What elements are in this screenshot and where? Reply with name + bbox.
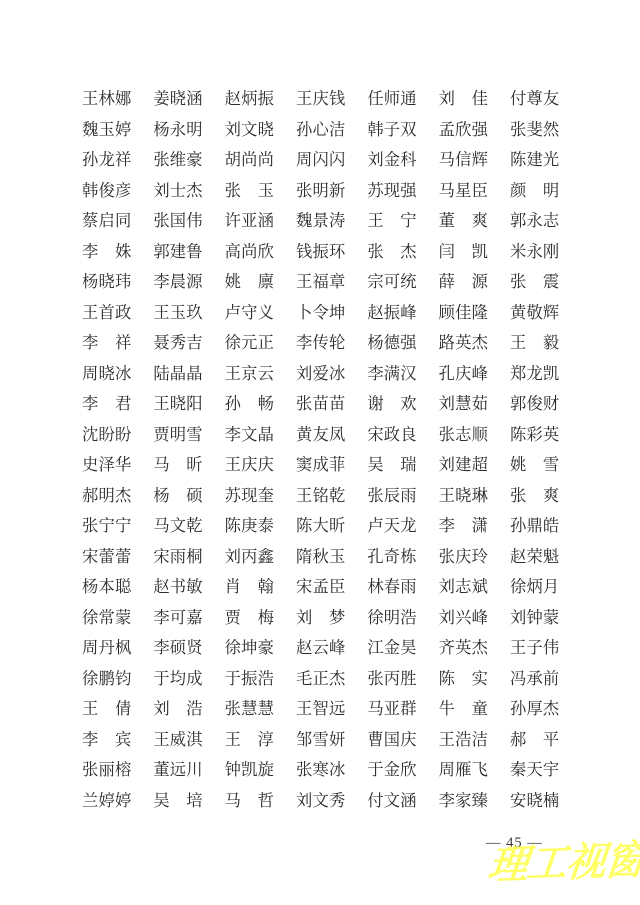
name-cell: 隋秋玉: [296, 549, 346, 565]
name-cell: 郝明杰: [82, 488, 132, 504]
name-cell: 刘 佳: [439, 91, 489, 107]
name-cell: 张明新: [296, 183, 346, 199]
name-cell: 赵炳振: [225, 91, 275, 107]
names-list: 王林娜姜晓涵赵炳振王庆钱任师通刘 佳付尊友魏玉婷杨永明刘文晓孙心洁韩子双孟欣强张…: [82, 84, 560, 816]
name-cell: 孙鼎皓: [510, 518, 560, 534]
name-cell: 宋雨桐: [153, 549, 203, 565]
name-cell: 张丙胜: [367, 671, 417, 687]
name-cell: 姜晓涵: [153, 91, 203, 107]
name-cell: 李 君: [82, 396, 132, 412]
name-cell: 杨晓玮: [82, 274, 132, 290]
name-cell: 马 昕: [153, 457, 203, 473]
name-cell: 宋政良: [367, 427, 417, 443]
name-cell: 赵振峰: [367, 305, 417, 321]
name-cell: 陈彩英: [510, 427, 560, 443]
name-cell: 王 淳: [225, 732, 275, 748]
name-cell: 周闪闪: [296, 152, 346, 168]
name-cell: 刘建超: [439, 457, 489, 473]
name-cell: 刘爱冰: [296, 366, 346, 382]
name-cell: 王庆庆: [225, 457, 275, 473]
name-cell: 王晓琳: [439, 488, 489, 504]
name-cell: 张庆玲: [439, 549, 489, 565]
name-cell: 周晓冰: [82, 366, 132, 382]
name-cell: 邹雪妍: [296, 732, 346, 748]
name-cell: 肖 翰: [225, 579, 275, 595]
name-cell: 杨德强: [367, 335, 417, 351]
name-cell: 付尊友: [510, 91, 560, 107]
name-cell: 宋孟臣: [296, 579, 346, 595]
name-cell: 徐坤豪: [225, 640, 275, 656]
name-cell: 孙心洁: [296, 122, 346, 138]
name-cell: 李 潇: [439, 518, 489, 534]
name-cell: 许亚涵: [225, 213, 275, 229]
name-cell: 徐明浩: [367, 610, 417, 626]
name-cell: 陈 实: [439, 671, 489, 687]
name-cell: 吴 瑞: [367, 457, 417, 473]
name-cell: 王玉玖: [153, 305, 203, 321]
name-cell: 马星臣: [439, 183, 489, 199]
name-cell: 张宁宁: [82, 518, 132, 534]
name-cell: 刘兴峰: [439, 610, 489, 626]
name-cell: 顾佳隆: [439, 305, 489, 321]
name-cell: 米永刚: [510, 244, 560, 260]
name-cell: 刘 浩: [153, 701, 203, 717]
name-cell: 赵云峰: [296, 640, 346, 656]
name-cell: 郑龙凯: [510, 366, 560, 382]
name-cell: 陈大昕: [296, 518, 346, 534]
name-cell: 兰婷婷: [82, 793, 132, 809]
name-cell: 王京云: [225, 366, 275, 382]
name-cell: 闫 凯: [439, 244, 489, 260]
name-cell: 于均成: [153, 671, 203, 687]
name-cell: 周丹枫: [82, 640, 132, 656]
name-cell: 牛 童: [439, 701, 489, 717]
name-cell: 李 祥: [82, 335, 132, 351]
name-cell: 冯承前: [510, 671, 560, 687]
name-cell: 张志顺: [439, 427, 489, 443]
name-cell: 郭俊财: [510, 396, 560, 412]
name-cell: 张苗苗: [296, 396, 346, 412]
name-cell: 郝 平: [510, 732, 560, 748]
name-cell: 李硕贤: [153, 640, 203, 656]
name-cell: 姚 雪: [510, 457, 560, 473]
name-cell: 宋蕾蕾: [82, 549, 132, 565]
name-cell: 刘钟蒙: [510, 610, 560, 626]
name-cell: 董远川: [153, 762, 203, 778]
watermark-logo: 理工视窗: [486, 840, 640, 886]
name-cell: 刘 梦: [296, 610, 346, 626]
name-cell: 王 宁: [367, 213, 417, 229]
name-cell: 卢守义: [225, 305, 275, 321]
name-cell: 沈盼盼: [82, 427, 132, 443]
name-cell: 张国伟: [153, 213, 203, 229]
name-cell: 孙龙祥: [82, 152, 132, 168]
name-cell: 高尚欣: [225, 244, 275, 260]
name-cell: 杨 硕: [153, 488, 203, 504]
name-cell: 董 爽: [439, 213, 489, 229]
name-cell: 胡尚尚: [225, 152, 275, 168]
name-cell: 薛 源: [439, 274, 489, 290]
name-cell: 刘金科: [367, 152, 417, 168]
name-cell: 于金欣: [367, 762, 417, 778]
name-cell: 李 姝: [82, 244, 132, 260]
name-cell: 王子伟: [510, 640, 560, 656]
name-cell: 杨永明: [153, 122, 203, 138]
name-cell: 马亚群: [367, 701, 417, 717]
name-cell: 聂秀吉: [153, 335, 203, 351]
name-cell: 王晓阳: [153, 396, 203, 412]
name-cell: 王林娜: [82, 91, 132, 107]
name-cell: 王 倩: [82, 701, 132, 717]
name-cell: 赵荣魁: [510, 549, 560, 565]
name-cell: 王铭乾: [296, 488, 346, 504]
name-cell: 于振浩: [225, 671, 275, 687]
name-cell: 付文涵: [367, 793, 417, 809]
name-cell: 卜令坤: [296, 305, 346, 321]
name-cell: 陆晶晶: [153, 366, 203, 382]
name-cell: 史泽华: [82, 457, 132, 473]
name-cell: 苏现奎: [225, 488, 275, 504]
name-cell: 李家臻: [439, 793, 489, 809]
name-cell: 王首政: [82, 305, 132, 321]
name-cell: 安晓楠: [510, 793, 560, 809]
name-cell: 李传轮: [296, 335, 346, 351]
name-cell: 苏现强: [367, 183, 417, 199]
name-cell: 张 玉: [225, 183, 275, 199]
name-cell: 张寒冰: [296, 762, 346, 778]
name-cell: 王威淇: [153, 732, 203, 748]
name-cell: 孟欣强: [439, 122, 489, 138]
name-cell: 毛正杰: [296, 671, 346, 687]
name-cell: 韩子双: [367, 122, 417, 138]
name-cell: 徐炳月: [510, 579, 560, 595]
name-cell: 王福章: [296, 274, 346, 290]
name-cell: 张辰雨: [367, 488, 417, 504]
name-cell: 谢 欢: [367, 396, 417, 412]
name-cell: 李可嘉: [153, 610, 203, 626]
name-cell: 陈庚泰: [225, 518, 275, 534]
name-cell: 孔奇栋: [367, 549, 417, 565]
name-cell: 张 杰: [367, 244, 417, 260]
name-cell: 林春雨: [367, 579, 417, 595]
name-cell: 齐英杰: [439, 640, 489, 656]
name-cell: 刘志斌: [439, 579, 489, 595]
name-cell: 张 爽: [510, 488, 560, 504]
name-cell: 钟凯旋: [225, 762, 275, 778]
document-page: 王林娜姜晓涵赵炳振王庆钱任师通刘 佳付尊友魏玉婷杨永明刘文晓孙心洁韩子双孟欣强张…: [0, 0, 640, 905]
name-cell: 徐常蒙: [82, 610, 132, 626]
name-cell: 王智远: [296, 701, 346, 717]
name-cell: 韩俊彦: [82, 183, 132, 199]
name-cell: 刘文秀: [296, 793, 346, 809]
name-cell: 陈建光: [510, 152, 560, 168]
name-cell: 李满汉: [367, 366, 417, 382]
name-cell: 江金昊: [367, 640, 417, 656]
name-cell: 周雁飞: [439, 762, 489, 778]
name-cell: 秦天宇: [510, 762, 560, 778]
name-cell: 马信辉: [439, 152, 489, 168]
name-cell: 马文乾: [153, 518, 203, 534]
name-cell: 卢天龙: [367, 518, 417, 534]
name-cell: 郭建鲁: [153, 244, 203, 260]
name-cell: 刘文晓: [225, 122, 275, 138]
name-cell: 王浩洁: [439, 732, 489, 748]
name-cell: 刘士杰: [153, 183, 203, 199]
name-cell: 路英杰: [439, 335, 489, 351]
name-cell: 杨本聪: [82, 579, 132, 595]
name-cell: 张 震: [510, 274, 560, 290]
name-cell: 钱振环: [296, 244, 346, 260]
name-cell: 刘丙鑫: [225, 549, 275, 565]
name-cell: 马 哲: [225, 793, 275, 809]
name-cell: 蔡启同: [82, 213, 132, 229]
name-cell: 徐鹏钧: [82, 671, 132, 687]
name-cell: 任师通: [367, 91, 417, 107]
name-cell: 王 毅: [510, 335, 560, 351]
name-cell: 孙 畅: [225, 396, 275, 412]
name-cell: 张斐然: [510, 122, 560, 138]
name-cell: 贾明雪: [153, 427, 203, 443]
name-cell: 姚 廪: [225, 274, 275, 290]
name-cell: 赵书敏: [153, 579, 203, 595]
name-cell: 贾 梅: [225, 610, 275, 626]
name-cell: 黄友凤: [296, 427, 346, 443]
name-cell: 曹国庆: [367, 732, 417, 748]
name-cell: 郭永志: [510, 213, 560, 229]
name-cell: 张慧慧: [225, 701, 275, 717]
name-cell: 魏玉婷: [82, 122, 132, 138]
name-cell: 宗可统: [367, 274, 417, 290]
name-cell: 吴 培: [153, 793, 203, 809]
name-cell: 李晨源: [153, 274, 203, 290]
name-cell: 颜 明: [510, 183, 560, 199]
name-cell: 孙厚杰: [510, 701, 560, 717]
name-cell: 张维豪: [153, 152, 203, 168]
name-cell: 徐元正: [225, 335, 275, 351]
name-cell: 魏景涛: [296, 213, 346, 229]
name-cell: 黄敬辉: [510, 305, 560, 321]
name-cell: 李 宾: [82, 732, 132, 748]
name-cell: 张丽榕: [82, 762, 132, 778]
name-cell: 孔庆峰: [439, 366, 489, 382]
name-cell: 窦成菲: [296, 457, 346, 473]
name-cell: 王庆钱: [296, 91, 346, 107]
name-cell: 李文晶: [225, 427, 275, 443]
name-cell: 刘慧茹: [439, 396, 489, 412]
